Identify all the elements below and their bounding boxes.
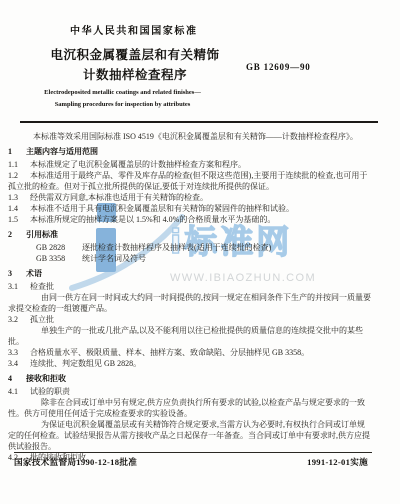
section-heading: 4接收和拒收	[8, 373, 372, 384]
standard-document-page: 中华人民共和国国家标准 电沉积金属覆盖层和有关精饰 计数抽样检查程序 GB 12…	[0, 0, 400, 504]
paragraph-label: 2	[8, 229, 26, 240]
paragraph-text: 检查批	[30, 282, 54, 291]
body-paragraph: 除非在合同或订单中另有规定,供方应负责执行所有要求的试验,以检查产品与规定要求的…	[8, 397, 372, 419]
paragraph-label: 4.1	[8, 386, 30, 397]
paragraph-label: 3.3	[8, 347, 30, 358]
paragraph-text: 术语	[26, 269, 42, 278]
document-title-line1: 电沉积金属覆盖层和有关精饰	[25, 45, 245, 65]
body-paragraph: 3.3合格质量水平、极限质量、样本、抽样方案、致命缺陷、分层抽样见 GB 335…	[8, 347, 372, 358]
paragraph-text: 逐批检查计数抽样程序及抽样表(适用于连续批的检查)	[82, 243, 271, 252]
paragraph-label: GB 3358	[36, 253, 82, 264]
body-paragraph: GB 3358统计学名词及符号	[8, 253, 372, 264]
document-body: 本标准等效采用国际标准 ISO 4519《电沉积金属覆盖层和有关精饰——计数抽样…	[8, 131, 372, 463]
paragraph-text: 批的接收和拒收	[30, 453, 86, 462]
paragraph-text: 本标准不适用于具有电沉积金属覆盖层和有关精饰的紧固件的抽样和试验。	[30, 204, 294, 213]
body-paragraph: 1.5本标准所规定的抽样方案是以 1.5%和 4.0%的合格质量水平为基础的。	[8, 214, 372, 225]
body-paragraph: 由同一供方在同一时间或大约同一时间提供的,按同一规定在相同条件下生产的并按同一质…	[8, 292, 372, 314]
paragraph-text: 本标准规定了电沉积金属覆盖层的计数抽样检查方案和程序。	[30, 160, 246, 169]
paragraph-text: 由同一供方在同一时间或大约同一时间提供的,按同一规定在相同条件下生产的并按同一质…	[8, 293, 371, 313]
body-paragraph: GB 2828逐批检查计数抽样程序及抽样表(适用于连续批的检查)	[8, 242, 372, 253]
body-paragraph: 1.2本标准适用于最终产品、零件及库存品的检查(但不限这些范围),主要用于连续批…	[8, 170, 372, 192]
paragraph-text: 本标准等效采用国际标准 ISO 4519《电沉积金属覆盖层和有关精饰——计数抽样…	[33, 132, 358, 141]
section-heading: 3术语	[8, 268, 372, 279]
document-title: 电沉积金属覆盖层和有关精饰 计数抽样检查程序	[25, 45, 245, 85]
paragraph-text: 为保证电沉积金属覆盖层或有关精饰符合规定要求,当需方认为必要时,有权执行合同或订…	[8, 420, 370, 451]
paragraph-label: 1.5	[8, 214, 30, 225]
paragraph-text: 本标准适用于最终产品、零件及库存品的检查(但不限这些范围),主要用于连续批的检查…	[8, 171, 367, 191]
paragraph-text: 试验的职责	[30, 387, 70, 396]
body-paragraph: 本标准等效采用国际标准 ISO 4519《电沉积金属覆盖层和有关精饰——计数抽样…	[8, 131, 372, 142]
section-heading: 2引用标准	[8, 229, 372, 240]
paragraph-text: 经供需双方同意,本标准也适用于有关精饰的检查。	[30, 193, 208, 202]
paragraph-text: 本标准所规定的抽样方案是以 1.5%和 4.0%的合格质量水平为基础的。	[30, 215, 275, 224]
section-heading: 1主题内容与适用范围	[8, 146, 372, 157]
document-title-english-line1: Electrodeposited metallic coatings and r…	[15, 87, 230, 99]
body-paragraph: 4.1试验的职责	[8, 386, 372, 397]
document-title-english-line2: Sampling procedures for inspection by at…	[15, 99, 230, 111]
header-divider	[20, 121, 378, 123]
document-title-line2: 计数抽样检查程序	[25, 65, 245, 85]
body-paragraph: 3.4连续批、判定数组见 GB 2828。	[8, 358, 372, 369]
body-paragraph: 4.2批的接收和拒收	[8, 452, 372, 463]
body-paragraph: 3.1检查批	[8, 281, 372, 292]
paragraph-text: 主题内容与适用范围	[26, 147, 98, 156]
paragraph-text: 引用标准	[26, 230, 58, 239]
paragraph-label: GB 2828	[36, 242, 82, 253]
body-paragraph: 1.4本标准不适用于具有电沉积金属覆盖层和有关精饰的紧固件的抽样和试验。	[8, 203, 372, 214]
paragraph-label: 1	[8, 146, 26, 157]
paragraph-text: 连续批、判定数组见 GB 2828。	[30, 359, 141, 368]
body-paragraph: 1.1本标准规定了电沉积金属覆盖层的计数抽样检查方案和程序。	[8, 159, 372, 170]
body-paragraph: 1.3经供需双方同意,本标准也适用于有关精饰的检查。	[8, 192, 372, 203]
paragraph-label: 3.4	[8, 358, 30, 369]
body-paragraph: 为保证电沉积金属覆盖层或有关精饰符合规定要求,当需方认为必要时,有权执行合同或订…	[8, 419, 372, 452]
paragraph-label: 3	[8, 268, 26, 279]
paragraph-text: 单独生产的一批或几批产品,以及不能利用以往已检批提供的质量信息的连续提交批中的某…	[8, 326, 363, 346]
paragraph-label: 4	[8, 373, 26, 384]
paragraph-text: 合格质量水平、极限质量、样本、抽样方案、致命缺陷、分层抽样见 GB 3358。	[30, 348, 309, 357]
standard-number: GB 12609—90	[246, 62, 311, 72]
body-paragraph: 3.2孤立批	[8, 314, 372, 325]
paragraph-label: 1.2	[8, 170, 30, 181]
paragraph-label: 1.1	[8, 159, 30, 170]
paragraph-text: 除非在合同或订单中另有规定,供方应负责执行所有要求的试验,以检查产品与规定要求的…	[8, 398, 365, 418]
paragraph-label: 3.1	[8, 281, 30, 292]
document-title-english: Electrodeposited metallic coatings and r…	[15, 87, 230, 111]
paragraph-text: 孤立批	[30, 315, 54, 324]
paragraph-label: 1.3	[8, 192, 30, 203]
paragraph-label: 3.2	[8, 314, 30, 325]
body-paragraph: 单独生产的一批或几批产品,以及不能利用以往已检批提供的质量信息的连续提交批中的某…	[8, 325, 372, 347]
paragraph-label: 1.4	[8, 203, 30, 214]
paragraph-text: 统计学名词及符号	[82, 254, 146, 263]
paragraph-label: 4.2	[8, 452, 30, 463]
paragraph-text: 接收和拒收	[26, 374, 66, 383]
national-standard-banner: 中华人民共和国国家标准	[70, 22, 198, 37]
